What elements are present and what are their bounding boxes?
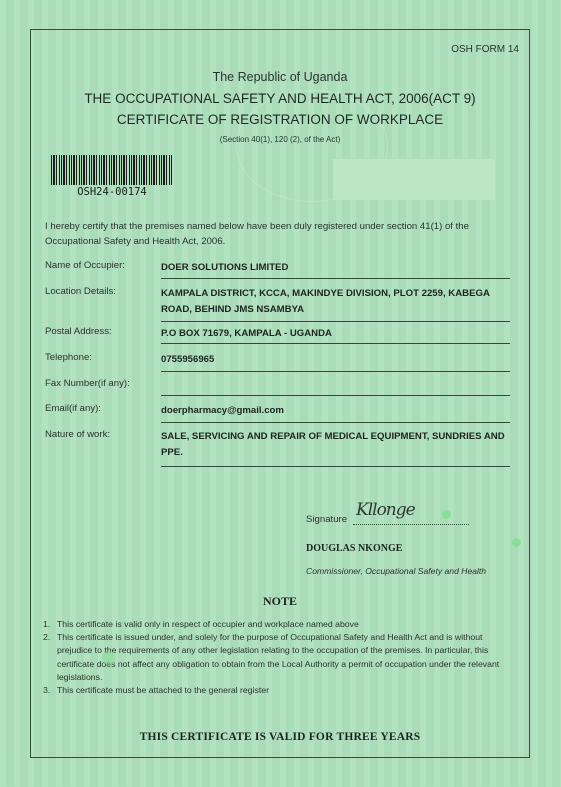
signer-name: DOUGLAS NKONGE bbox=[306, 543, 402, 554]
underline bbox=[161, 321, 510, 322]
note-number: 3. bbox=[43, 684, 50, 697]
note-number: 1. bbox=[43, 618, 50, 631]
field-label: Email(if any): bbox=[45, 403, 101, 414]
section-reference: (Section 40(1), 120 (2), of the Act) bbox=[31, 135, 529, 144]
note-heading: NOTE bbox=[31, 594, 529, 609]
stamp-mark-icon bbox=[512, 538, 521, 547]
field-value: KAMPALA DISTRICT, KCCA, MAKINDYE DIVISIO… bbox=[161, 286, 506, 318]
stamp-mark-icon bbox=[102, 651, 116, 665]
field-value: 0755956965 bbox=[161, 352, 506, 368]
validity-statement: THIS CERTIFICATE IS VALID FOR THREE YEAR… bbox=[31, 731, 529, 743]
field-value: doerpharmacy@gmail.com bbox=[161, 403, 506, 419]
underline bbox=[161, 278, 510, 279]
republic-heading: The Republic of Uganda bbox=[31, 70, 529, 84]
note-text: This certificate is valid only in respec… bbox=[57, 619, 359, 629]
barcode-number: OSH24-00174 bbox=[51, 186, 173, 198]
note-text: This certificate must be attached to the… bbox=[57, 685, 269, 695]
field-value: DOER SOLUTIONS LIMITED bbox=[161, 260, 506, 276]
underline bbox=[161, 395, 510, 396]
note-number: 2. bbox=[43, 631, 50, 644]
field-label: Postal Address: bbox=[45, 326, 112, 337]
field-label: Nature of work: bbox=[45, 429, 110, 440]
field-value: P.O BOX 71679, KAMPALA - UGANDA bbox=[161, 326, 506, 342]
underline bbox=[161, 466, 510, 467]
underline bbox=[161, 371, 510, 372]
field-label: Name of Occupier: bbox=[45, 260, 125, 271]
note-item: 3. This certificate must be attached to … bbox=[43, 684, 513, 697]
field-label: Fax Number(if any): bbox=[45, 378, 130, 389]
underline bbox=[161, 422, 510, 423]
signer-title: Commissioner, Occupational Safety and He… bbox=[306, 566, 486, 576]
signature-label: Signature bbox=[306, 514, 347, 525]
redacted-area bbox=[333, 159, 495, 200]
certificate-frame: OSH FORM 14 The Republic of Uganda THE O… bbox=[30, 29, 530, 758]
stamp-mark-icon bbox=[442, 510, 451, 519]
form-number: OSH FORM 14 bbox=[451, 44, 519, 55]
underline bbox=[161, 343, 510, 344]
certification-statement: I hereby certify that the premises named… bbox=[45, 219, 515, 249]
signature-line bbox=[353, 524, 469, 525]
note-text: This certificate is issued under, and so… bbox=[57, 632, 499, 682]
field-label: Location Details: bbox=[45, 286, 116, 297]
field-label: Telephone: bbox=[45, 352, 92, 363]
note-item: 1. This certificate is valid only in res… bbox=[43, 618, 513, 631]
barcode-icon bbox=[51, 155, 173, 185]
field-value: SALE, SERVICING AND REPAIR OF MEDICAL EQ… bbox=[161, 429, 506, 461]
signature-scrawl: Kllonge bbox=[356, 500, 415, 520]
act-title: THE OCCUPATIONAL SAFETY AND HEALTH ACT, … bbox=[31, 91, 529, 106]
certificate-title: CERTIFICATE OF REGISTRATION OF WORKPLACE bbox=[31, 112, 529, 127]
